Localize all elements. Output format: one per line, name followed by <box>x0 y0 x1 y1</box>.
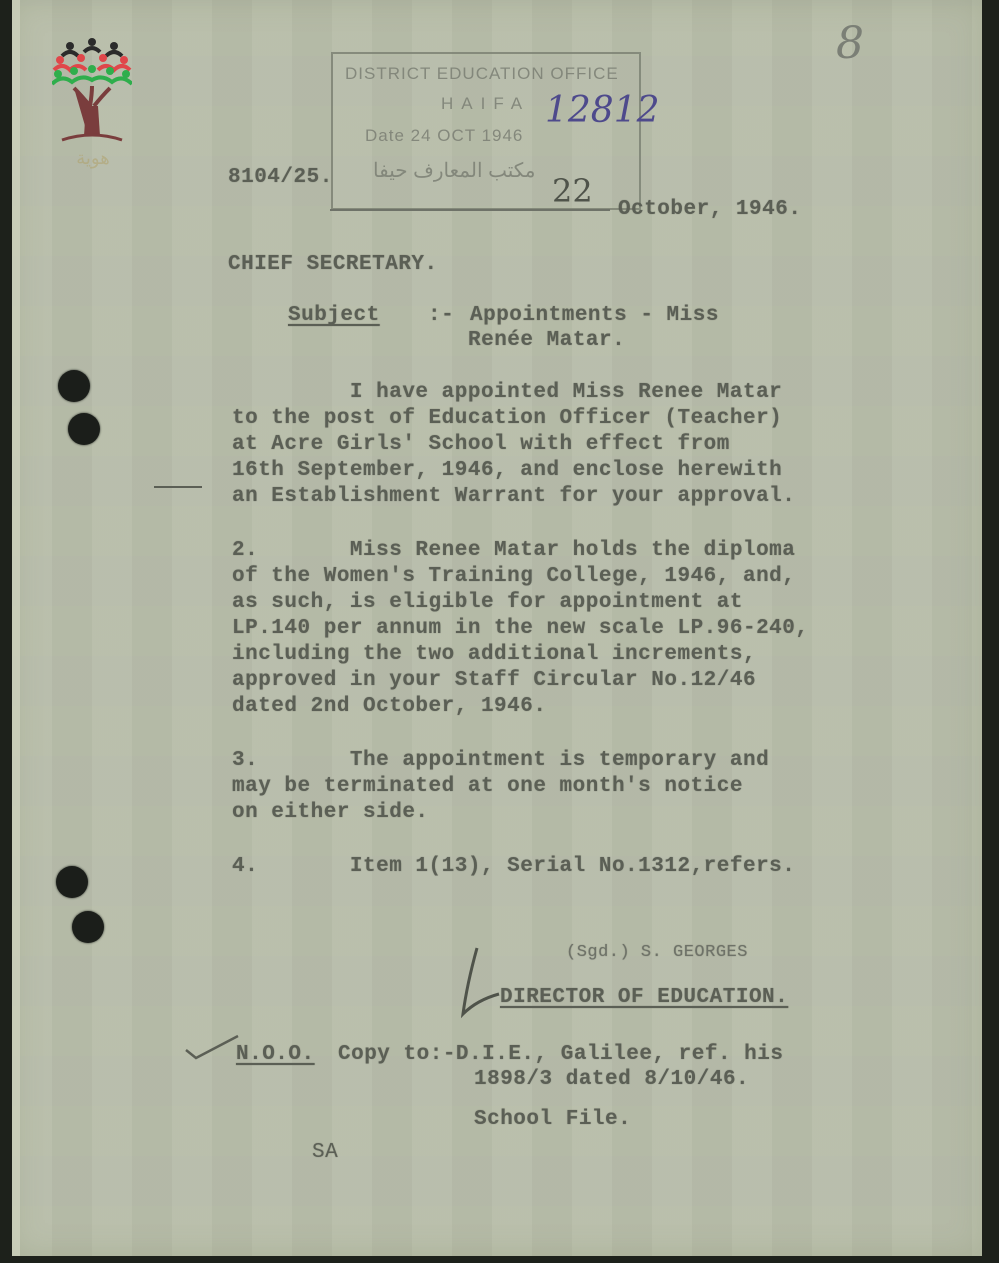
addressee: CHIEF SECRETARY. <box>228 252 438 278</box>
handwritten-tick-mark <box>455 944 505 1020</box>
paragraph-line: an Establishment Warrant for your approv… <box>232 484 795 510</box>
stamp-handwritten-number: 12812 <box>545 90 660 131</box>
logo-caption: هوية <box>48 148 138 188</box>
punch-hole <box>58 370 90 402</box>
paragraph-line: I have appointed Miss Renee Matar <box>232 380 782 406</box>
stamp-arabic: مكتب المعارف حيفا <box>373 158 536 183</box>
punch-hole <box>56 866 88 898</box>
punch-hole <box>68 413 100 445</box>
page-number-annotation: 8 <box>836 18 864 69</box>
paragraph-line: 16th September, 1946, and enclose herewi… <box>232 458 782 484</box>
paragraph-line: at Acre Girls' School with effect from <box>232 432 730 458</box>
margin-dash-mark <box>154 486 202 488</box>
typist-initials: SA <box>312 1140 338 1166</box>
copy-label: N.O.O. <box>236 1042 315 1068</box>
subject-line-1: Appointments - Miss <box>470 303 719 329</box>
date-text: October, 1946. <box>618 197 801 223</box>
subject-line-2: Renée Matar. <box>468 328 625 354</box>
paragraph-line: to the post of Education Officer (Teache… <box>232 406 782 432</box>
paragraph-line: 3. The appointment is temporary and <box>232 748 769 774</box>
subject-label: Subject <box>288 303 380 329</box>
paragraph-line: as such, is eligible for appointment at <box>232 590 743 616</box>
signature-title: DIRECTOR OF EDUCATION. <box>500 985 788 1011</box>
subject-separator: :- <box>428 303 454 329</box>
stamp-office: DISTRICT EDUCATION OFFICE <box>345 64 619 84</box>
paragraph-line: 4. Item 1(13), Serial No.1312,refers. <box>232 854 795 880</box>
paragraph-line: approved in your Staff Circular No.12/46 <box>232 668 756 694</box>
paragraph-line: 2. Miss Renee Matar holds the diploma <box>232 538 795 564</box>
paragraph-line: dated 2nd October, 1946. <box>232 694 546 720</box>
archive-tree-logo-icon <box>52 36 132 146</box>
paper-edge <box>12 0 20 1256</box>
reference-number: 8104/25. <box>228 165 333 191</box>
signed-name: (Sgd.) S. GEORGES <box>566 940 748 966</box>
received-stamp: DISTRICT EDUCATION OFFICE HAIFA Date 24 … <box>331 52 641 210</box>
copy-line-1: Copy to:-D.I.E., Galilee, ref. his <box>338 1042 783 1068</box>
punch-hole <box>72 911 104 943</box>
checkmark-icon <box>182 1032 242 1062</box>
paragraph-line: on either side. <box>232 800 429 826</box>
stamp-date: Date 24 OCT 1946 <box>365 126 523 146</box>
paragraph-line: of the Women's Training College, 1946, a… <box>232 564 795 590</box>
paragraph-line: LP.140 per annum in the new scale LP.96-… <box>232 616 809 642</box>
stamp-city: HAIFA <box>441 94 530 114</box>
copy-line-3: School File. <box>474 1107 631 1133</box>
paragraph-line: including the two additional increments, <box>232 642 756 668</box>
paragraph-line: may be terminated at one month's notice <box>232 774 743 800</box>
date-day-handwritten: 22 <box>552 172 593 210</box>
copy-line-2: 1898/3 dated 8/10/46. <box>474 1067 749 1093</box>
